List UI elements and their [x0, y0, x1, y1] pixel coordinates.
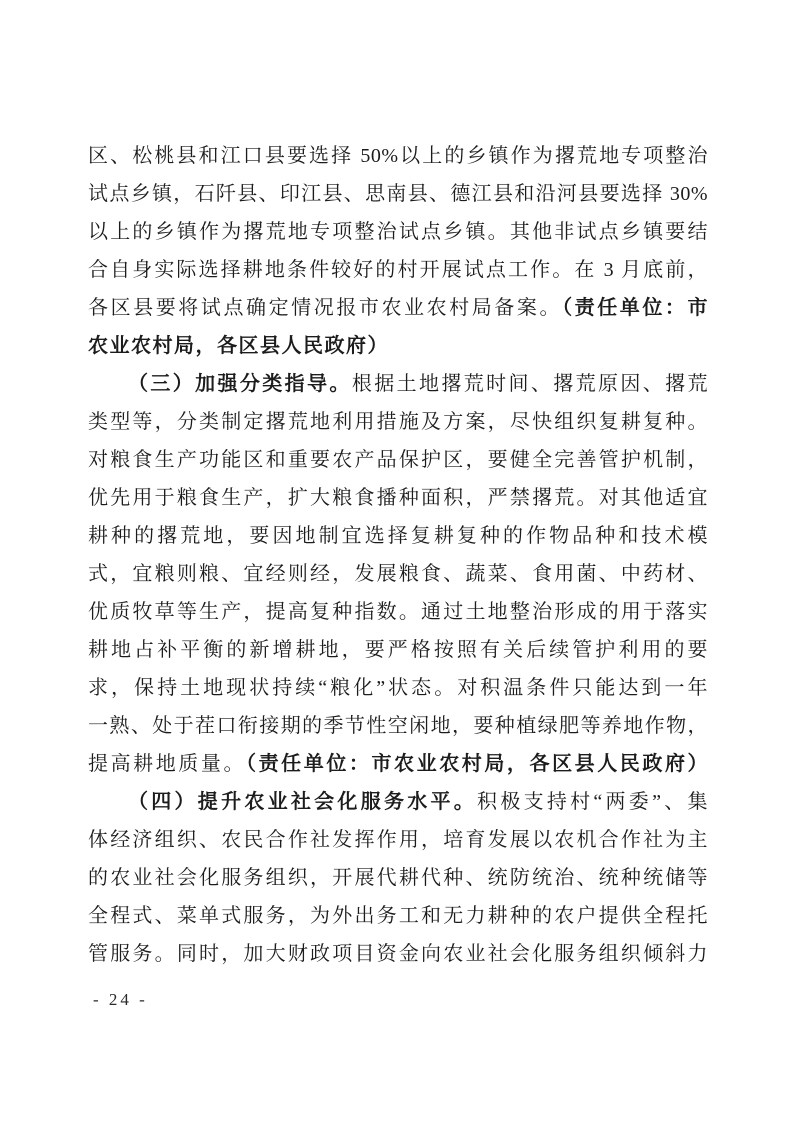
- text-segment: 合自身实际选择耕地条件较好的村开展试点工作。在 3 月底前，: [88, 259, 708, 281]
- text-line: 区、松桃县和江口县要选择 50%以上的乡镇作为撂荒地专项整治: [88, 137, 708, 175]
- text-segment: 耕种的撂荒地，要因地制宜选择复耕复种的作物品种和技术模: [88, 525, 708, 547]
- text-segment: 优先用于粮食生产，扩大粮食播种面积，严禁撂荒。对其他适宜: [88, 487, 708, 509]
- text-line: （四）提升农业社会化服务水平。积极支持村“两委”、集: [88, 783, 708, 821]
- text-line: 优先用于粮食生产，扩大粮食播种面积，严禁撂荒。对其他适宜: [88, 479, 708, 517]
- text-line: 求，保持土地现状持续“粮化”状态。对积温条件只能达到一年: [88, 669, 708, 707]
- text-line: 合自身实际选择耕地条件较好的村开展试点工作。在 3 月底前，: [88, 251, 708, 289]
- text-line: 全程式、菜单式服务，为外出务工和无力耕种的农户提供全程托: [88, 897, 708, 935]
- text-line: 管服务。同时，加大财政项目资金向农业社会化服务组织倾斜力: [88, 935, 708, 973]
- text-segment: 类型等，分类制定撂荒地利用措施及方案，尽快组织复耕复种。: [88, 411, 708, 433]
- text-segment: 求，保持土地现状持续“粮化”状态。对积温条件只能达到一年: [88, 677, 708, 699]
- text-line: 试点乡镇，石阡县、印江县、思南县、德江县和沿河县要选择 30%: [88, 175, 708, 213]
- bold-text-segment: （责任单位：市: [562, 297, 708, 319]
- text-line: 体经济组织、农民合作社发挥作用，培育发展以农机合作社为主: [88, 821, 708, 859]
- text-segment: 优质牧草等生产，提高复种指数。通过土地整治形成的用于落实: [88, 601, 708, 623]
- document-page: 区、松桃县和江口县要选择 50%以上的乡镇作为撂荒地专项整治试点乡镇，石阡县、印…: [0, 0, 793, 1122]
- text-line: 一熟、处于茬口衔接期的季节性空闲地，要种植绿肥等养地作物，: [88, 707, 708, 745]
- text-line: 耕地占补平衡的新增耕地，要严格按照有关后续管护利用的要: [88, 631, 708, 669]
- text-segment: 对粮食生产功能区和重要农产品保护区，要健全完善管护机制，: [88, 449, 708, 471]
- text-segment: 各区县要将试点确定情况报市农业农村局备案。: [88, 297, 562, 319]
- bold-text-segment: （四）提升农业社会化服务水平。: [128, 791, 477, 813]
- text-segment: 以上的乡镇作为撂荒地专项整治试点乡镇。其他非试点乡镇要结: [88, 221, 708, 243]
- text-line: 提高耕地质量。（责任单位：市农业农村局，各区县人民政府）: [88, 745, 708, 783]
- text-segment: 全程式、菜单式服务，为外出务工和无力耕种的农户提供全程托: [88, 905, 708, 927]
- text-segment: 的农业社会化服务组织，开展代耕代种、统防统治、统种统储等: [88, 867, 708, 889]
- text-line: 式，宜粮则粮、宜经则经，发展粮食、蔬菜、食用菌、中药材、: [88, 555, 708, 593]
- text-segment: 一熟、处于茬口衔接期的季节性空闲地，要种植绿肥等养地作物，: [88, 715, 708, 737]
- text-line: 类型等，分类制定撂荒地利用措施及方案，尽快组织复耕复种。: [88, 403, 708, 441]
- text-line: 优质牧草等生产，提高复种指数。通过土地整治形成的用于落实: [88, 593, 708, 631]
- text-segment: 管服务。同时，加大财政项目资金向农业社会化服务组织倾斜力: [88, 943, 708, 965]
- text-segment: 区、松桃县和江口县要选择 50%以上的乡镇作为撂荒地专项整治: [88, 145, 708, 167]
- text-segment: 体经济组织、农民合作社发挥作用，培育发展以农机合作社为主: [88, 829, 708, 851]
- text-segment: 积极支持村“两委”、集: [477, 791, 708, 813]
- bold-text-segment: （三）加强分类指导。: [128, 373, 352, 395]
- text-line: 耕种的撂荒地，要因地制宜选择复耕复种的作物品种和技术模: [88, 517, 708, 555]
- text-segment: 提高耕地质量。: [88, 753, 246, 775]
- text-line: 各区县要将试点确定情况报市农业农村局备案。（责任单位：市: [88, 289, 708, 327]
- text-segment: 式，宜粮则粮、宜经则经，发展粮食、蔬菜、食用菌、中药材、: [88, 563, 708, 585]
- text-line: （三）加强分类指导。根据土地撂荒时间、撂荒原因、撂荒: [88, 365, 708, 403]
- text-line: 对粮食生产功能区和重要农产品保护区，要健全完善管护机制，: [88, 441, 708, 479]
- text-segment: 耕地占补平衡的新增耕地，要严格按照有关后续管护利用的要: [88, 639, 708, 661]
- bold-text-segment: 农业农村局，各区县人民政府）: [88, 335, 389, 357]
- text-line: 的农业社会化服务组织，开展代耕代种、统防统治、统种统储等: [88, 859, 708, 897]
- bold-text-segment: （责任单位：市农业农村局，各区县人民政府）: [246, 753, 708, 775]
- document-body: 区、松桃县和江口县要选择 50%以上的乡镇作为撂荒地专项整治试点乡镇，石阡县、印…: [88, 137, 708, 973]
- text-line: 以上的乡镇作为撂荒地专项整治试点乡镇。其他非试点乡镇要结: [88, 213, 708, 251]
- text-line: 农业农村局，各区县人民政府）: [88, 327, 708, 365]
- text-segment: 根据土地撂荒时间、撂荒原因、撂荒: [352, 373, 708, 395]
- page-number: - 24 -: [93, 990, 148, 1010]
- text-segment: 试点乡镇，石阡县、印江县、思南县、德江县和沿河县要选择 30%: [88, 183, 708, 205]
